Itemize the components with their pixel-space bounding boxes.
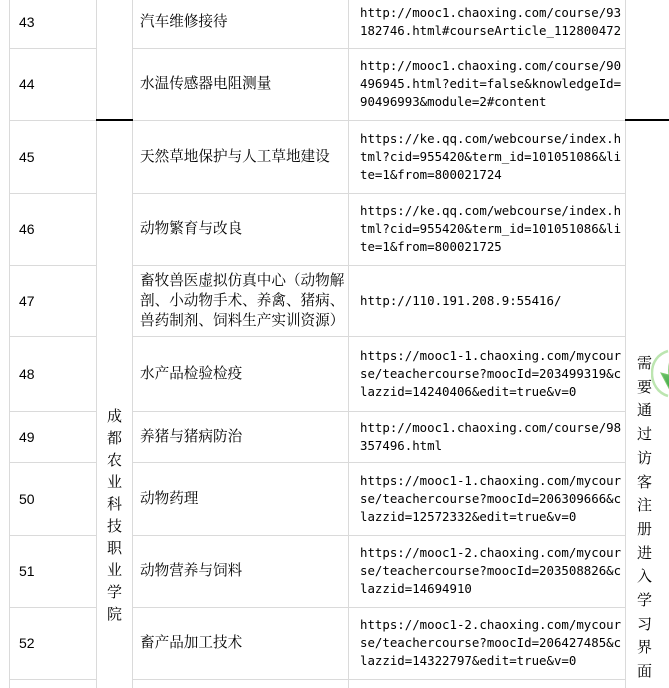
course-url-link[interactable]: https://mooc1-2.chaoxing.com/mycourse/te… (360, 544, 622, 598)
course-name-cell: 动物药理 (132, 462, 348, 535)
grid-line (132, 411, 626, 412)
course-name: 动物药理 (140, 489, 348, 509)
grid-line (132, 462, 626, 463)
grid-line (96, 119, 133, 121)
course-url-cell: http://mooc1.chaoxing.com/course/9835749… (348, 411, 625, 462)
course-name-cell: 汽车维修接待 (132, 0, 348, 48)
grid-line (9, 48, 97, 49)
row-number-cell: 47 (9, 265, 96, 336)
row-number: 45 (19, 149, 35, 165)
note-vertical-label: 需要通过访客注册进入学习界面 (635, 352, 654, 684)
table-row: 52 畜产品加工技术 https://mooc1-2.chaoxing.com/… (0, 607, 669, 679)
row-number-cell: 52 (9, 607, 96, 679)
row-number: 49 (19, 429, 35, 445)
grid-line (132, 48, 626, 49)
grid-line (9, 462, 97, 463)
course-url-link[interactable]: http://mooc1.chaoxing.com/course/9318274… (360, 4, 622, 40)
row-number-cell: 43 (9, 0, 96, 48)
table-row: 49 养猪与猪病防治 http://mooc1.chaoxing.com/cou… (0, 411, 669, 462)
grid-line (9, 193, 97, 194)
grid-line (132, 265, 626, 266)
row-number: 51 (19, 563, 35, 579)
row-number-cell: 45 (9, 120, 96, 193)
course-url-cell: https://mooc1-1.chaoxing.com/mycourse/te… (348, 462, 625, 535)
row-number-cell: 44 (9, 48, 96, 120)
grid-line (132, 120, 626, 121)
row-number: 46 (19, 221, 35, 237)
course-url-cell: https://ke.qq.com/webcourse/index.html?c… (348, 120, 625, 193)
course-url-cell: https://ke.qq.com/webcourse/index.html?c… (348, 193, 625, 265)
course-name-cell: 养猪与猪病防治 (132, 411, 348, 462)
grid-line (348, 0, 349, 688)
grid-line (132, 679, 626, 680)
grid-line (132, 535, 626, 536)
course-url-cell: http://mooc1.chaoxing.com/course/9318274… (348, 0, 625, 48)
course-url-cell: https://mooc1-2.chaoxing.com/mycourse/te… (348, 607, 625, 679)
grid-line (9, 535, 97, 536)
grid-line (9, 120, 97, 121)
grid-line (9, 411, 97, 412)
course-name: 动物繁育与改良 (140, 219, 348, 239)
course-url-cell: http://mooc1.chaoxing.com/course/9049694… (348, 48, 625, 120)
row-number: 43 (19, 14, 35, 30)
course-name: 天然草地保护与人工草地建设 (140, 147, 348, 167)
row-number: 52 (19, 635, 35, 651)
course-name: 畜产品加工技术 (140, 633, 348, 653)
grid-line (625, 119, 669, 121)
course-url-link[interactable]: https://mooc1-2.chaoxing.com/mycourse/te… (360, 616, 622, 670)
course-url-link[interactable]: https://ke.qq.com/webcourse/index.html?c… (360, 130, 622, 184)
row-number-cell: 51 (9, 535, 96, 607)
course-url-link[interactable]: https://mooc1-1.chaoxing.com/mycourse/te… (360, 347, 622, 401)
table-row: 43 汽车维修接待 http://mooc1.chaoxing.com/cour… (0, 0, 669, 48)
course-name: 水产品检验检疫 (140, 364, 348, 384)
course-url-cell: http://110.191.208.9:55416/ (348, 265, 625, 336)
grid-line (132, 607, 626, 608)
row-number: 47 (19, 293, 35, 309)
grid-line (9, 336, 97, 337)
course-name-cell: 动物营养与饲料 (132, 535, 348, 607)
grid-line (132, 193, 626, 194)
row-number: 50 (19, 491, 35, 507)
grid-line (132, 336, 626, 337)
course-name-cell: 水产品检验检疫 (132, 336, 348, 411)
course-url-link[interactable]: http://mooc1.chaoxing.com/course/9835749… (360, 419, 622, 455)
course-name: 汽车维修接待 (140, 12, 348, 32)
course-url-cell: https://mooc1-2.chaoxing.com/mycourse/te… (348, 535, 625, 607)
course-name: 畜牧兽医虚拟仿真中心（动物解剖、小动物手术、养禽、猪病、兽药制剂、饲料生产实训资… (140, 271, 348, 331)
course-url-cell: https://mooc1-1.chaoxing.com/mycourse/te… (348, 336, 625, 411)
table-row: 51 动物营养与饲料 https://mooc1-2.chaoxing.com/… (0, 535, 669, 607)
table-row: 48 水产品检验检疫 https://mooc1-1.chaoxing.com/… (0, 336, 669, 411)
table-row: 45 天然草地保护与人工草地建设 https://ke.qq.com/webco… (0, 120, 669, 193)
grid-line (132, 0, 133, 688)
row-number: 48 (19, 366, 35, 382)
row-number-cell: 49 (9, 411, 96, 462)
grid-line (9, 679, 97, 680)
course-name: 水温传感器电阻测量 (140, 74, 348, 94)
green-down-arrow-icon (651, 349, 669, 399)
grid-line (9, 265, 97, 266)
course-name-cell: 水温传感器电阻测量 (132, 48, 348, 120)
course-url-link[interactable]: https://ke.qq.com/webcourse/index.html?c… (360, 202, 622, 256)
table-row: 44 水温传感器电阻测量 http://mooc1.chaoxing.com/c… (0, 48, 669, 120)
grid-line (96, 0, 97, 688)
course-name-cell: 畜产品加工技术 (132, 607, 348, 679)
course-url-link[interactable]: http://mooc1.chaoxing.com/course/9049694… (360, 57, 622, 111)
course-url-link[interactable]: https://mooc1-1.chaoxing.com/mycourse/te… (360, 472, 622, 526)
course-url-link[interactable]: http://110.191.208.9:55416/ (360, 292, 622, 310)
row-number: 44 (19, 76, 35, 92)
grid-line (9, 607, 97, 608)
table-row: 47 畜牧兽医虚拟仿真中心（动物解剖、小动物手术、养禽、猪病、兽药制剂、饲料生产… (0, 265, 669, 336)
course-name-cell: 畜牧兽医虚拟仿真中心（动物解剖、小动物手术、养禽、猪病、兽药制剂、饲料生产实训资… (132, 265, 348, 336)
row-number-cell: 46 (9, 193, 96, 265)
grid-line (9, 0, 10, 688)
school-name-vertical-label: 成都农业科技职业学院 (105, 406, 124, 626)
course-name-cell: 天然草地保护与人工草地建设 (132, 120, 348, 193)
table-row: 46 动物繁育与改良 https://ke.qq.com/webcourse/i… (0, 193, 669, 265)
grid-line (625, 0, 626, 688)
course-name-cell: 动物繁育与改良 (132, 193, 348, 265)
course-name: 养猪与猪病防治 (140, 427, 348, 447)
table-row: 50 动物药理 https://mooc1-1.chaoxing.com/myc… (0, 462, 669, 535)
row-number-cell: 48 (9, 336, 96, 411)
course-links-table-page: 43 汽车维修接待 http://mooc1.chaoxing.com/cour… (0, 0, 669, 688)
course-name: 动物营养与饲料 (140, 561, 348, 581)
row-number-cell: 50 (9, 462, 96, 535)
